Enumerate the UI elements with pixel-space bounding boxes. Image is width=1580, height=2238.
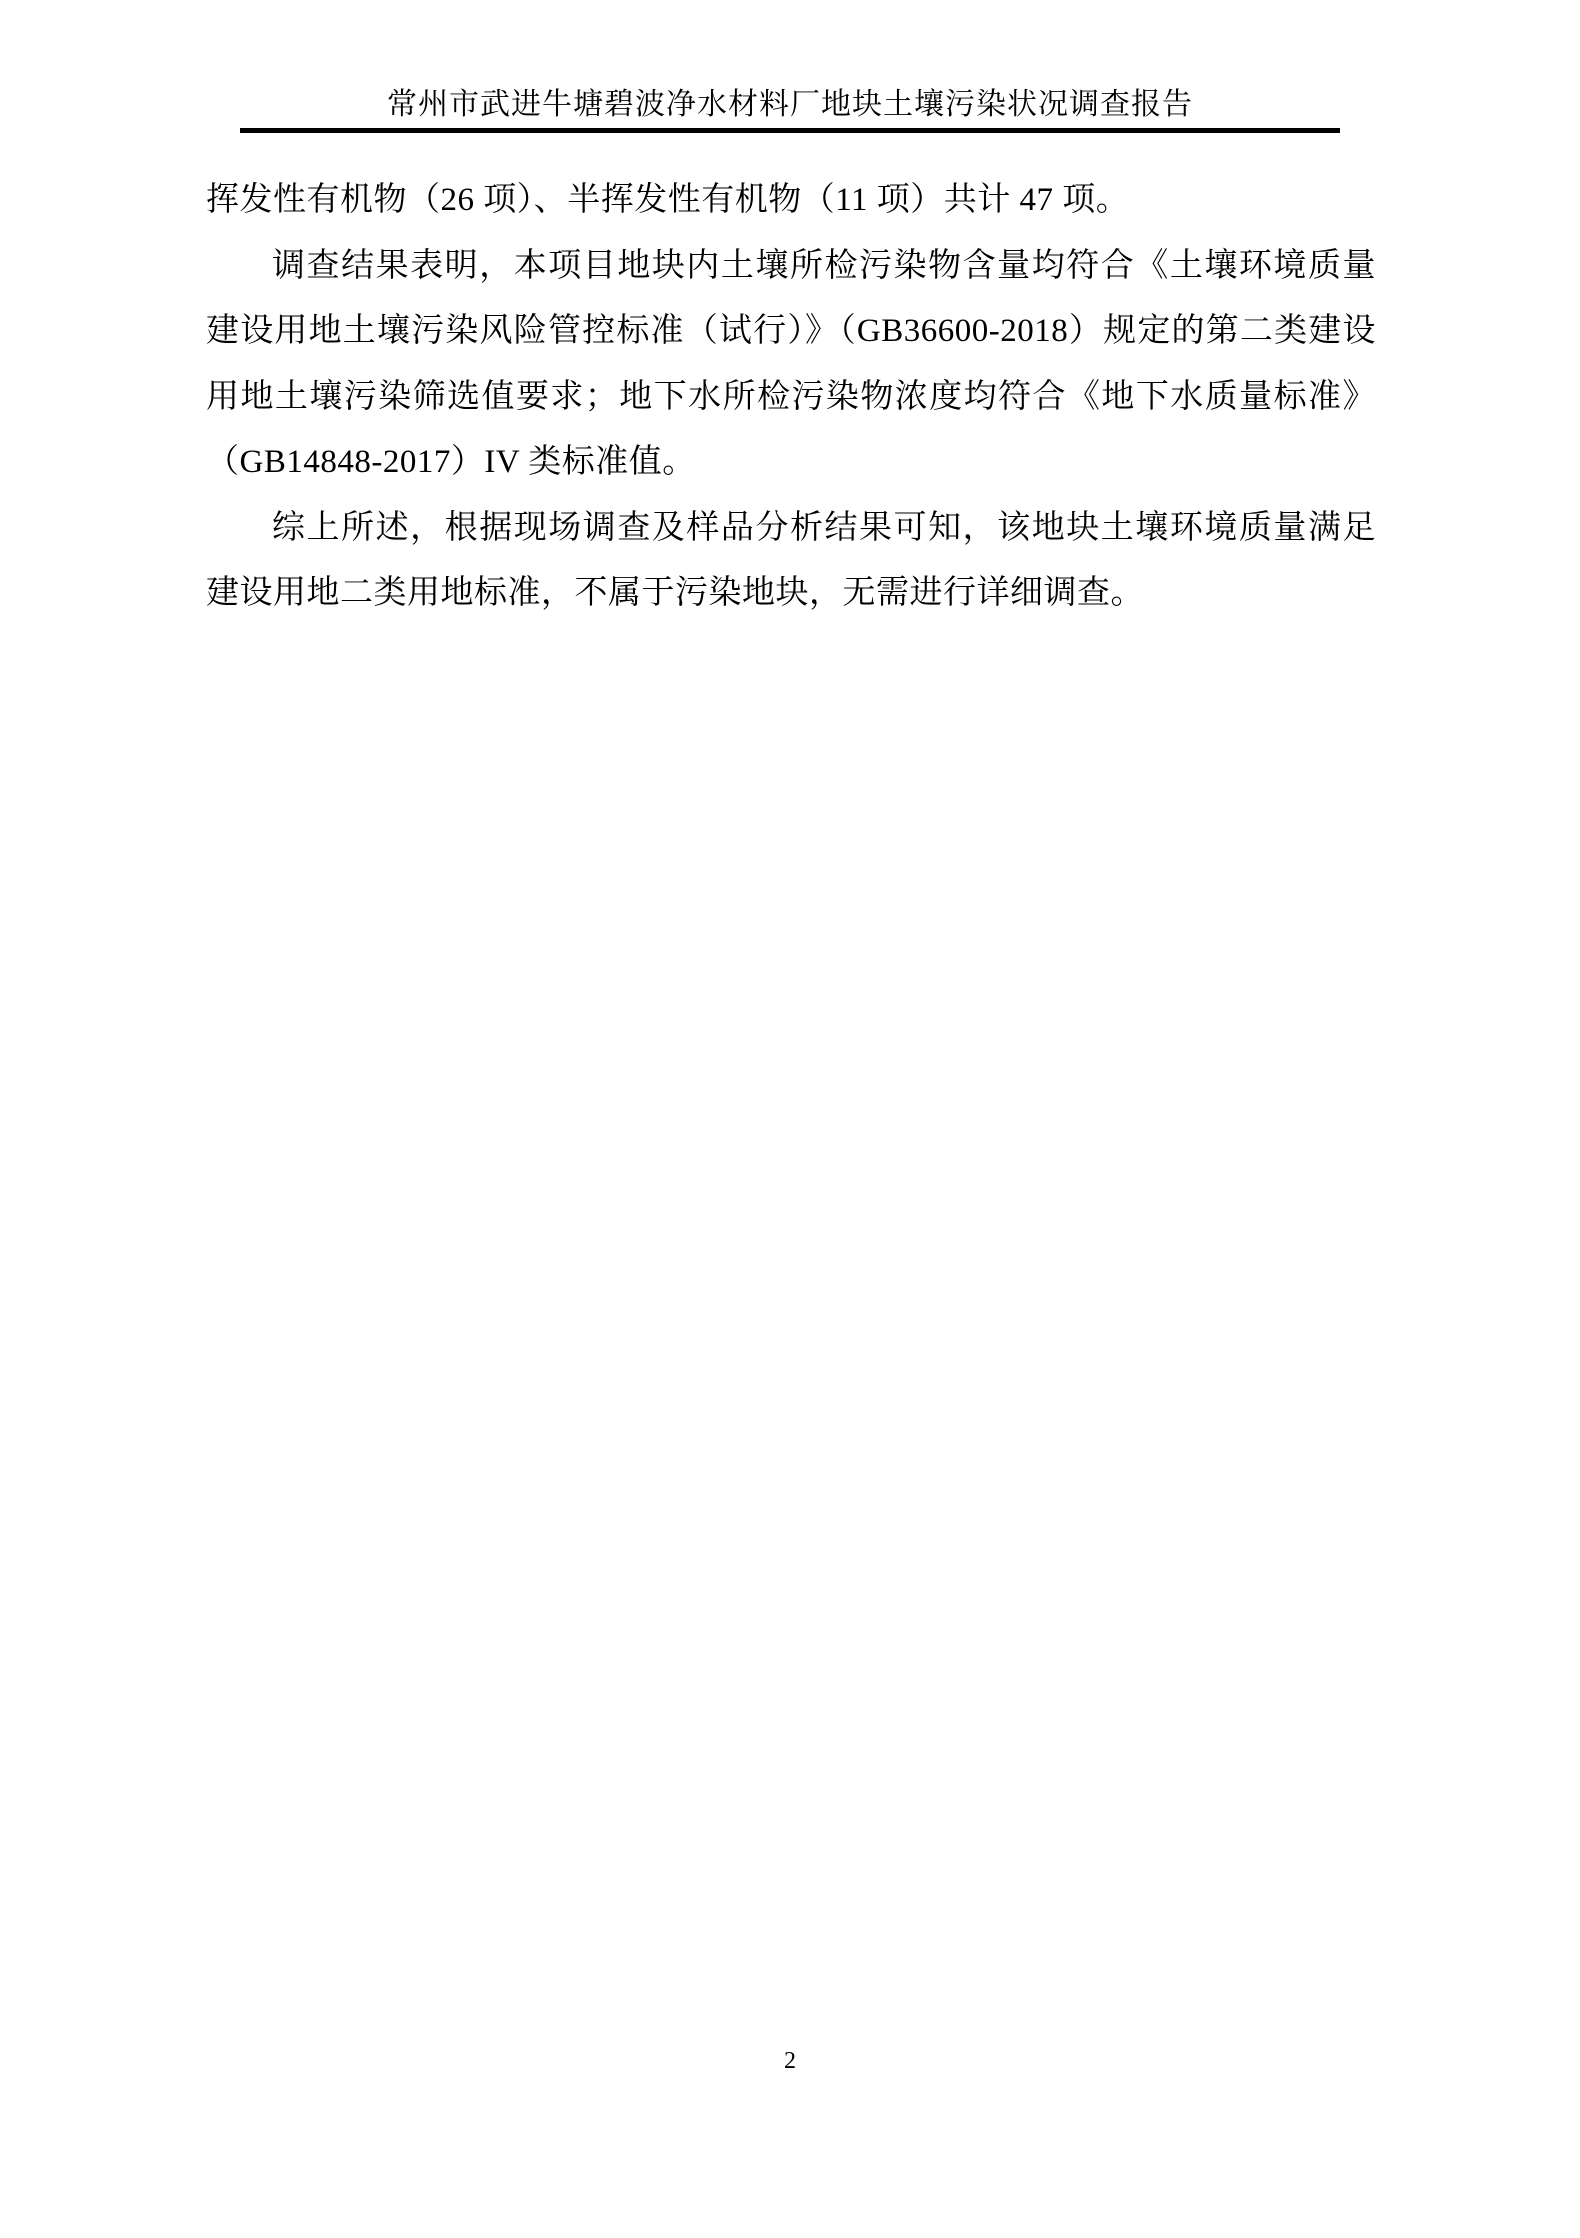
document-page: 常州市武进牛塘碧波净水材料厂地块土壤污染状况调查报告 挥发性有机物（26 项）、…	[0, 0, 1580, 2238]
paragraph-continuation: 挥发性有机物（26 项）、半挥发性有机物（11 项）共计 47 项。	[206, 168, 1376, 234]
header-title: 常州市武进牛塘碧波净水材料厂地块土壤污染状况调查报告	[240, 86, 1340, 124]
page-header: 常州市武进牛塘碧波净水材料厂地块土壤污染状况调查报告	[240, 86, 1340, 124]
paragraph-conclusion: 综上所述，根据现场调查及样品分析结果可知，该地块土壤环境质量满足建设用地二类用地…	[206, 496, 1376, 627]
page-footer: 2	[0, 2045, 1580, 2077]
header-rule-divider	[240, 128, 1340, 133]
paragraph-survey-results: 调查结果表明，本项目地块内土壤所检污染物含量均符合《土壤环境质量建设用地土壤污染…	[206, 234, 1376, 496]
document-body: 挥发性有机物（26 项）、半挥发性有机物（11 项）共计 47 项。 调查结果表…	[206, 168, 1376, 627]
page-number: 2	[784, 2048, 796, 2074]
